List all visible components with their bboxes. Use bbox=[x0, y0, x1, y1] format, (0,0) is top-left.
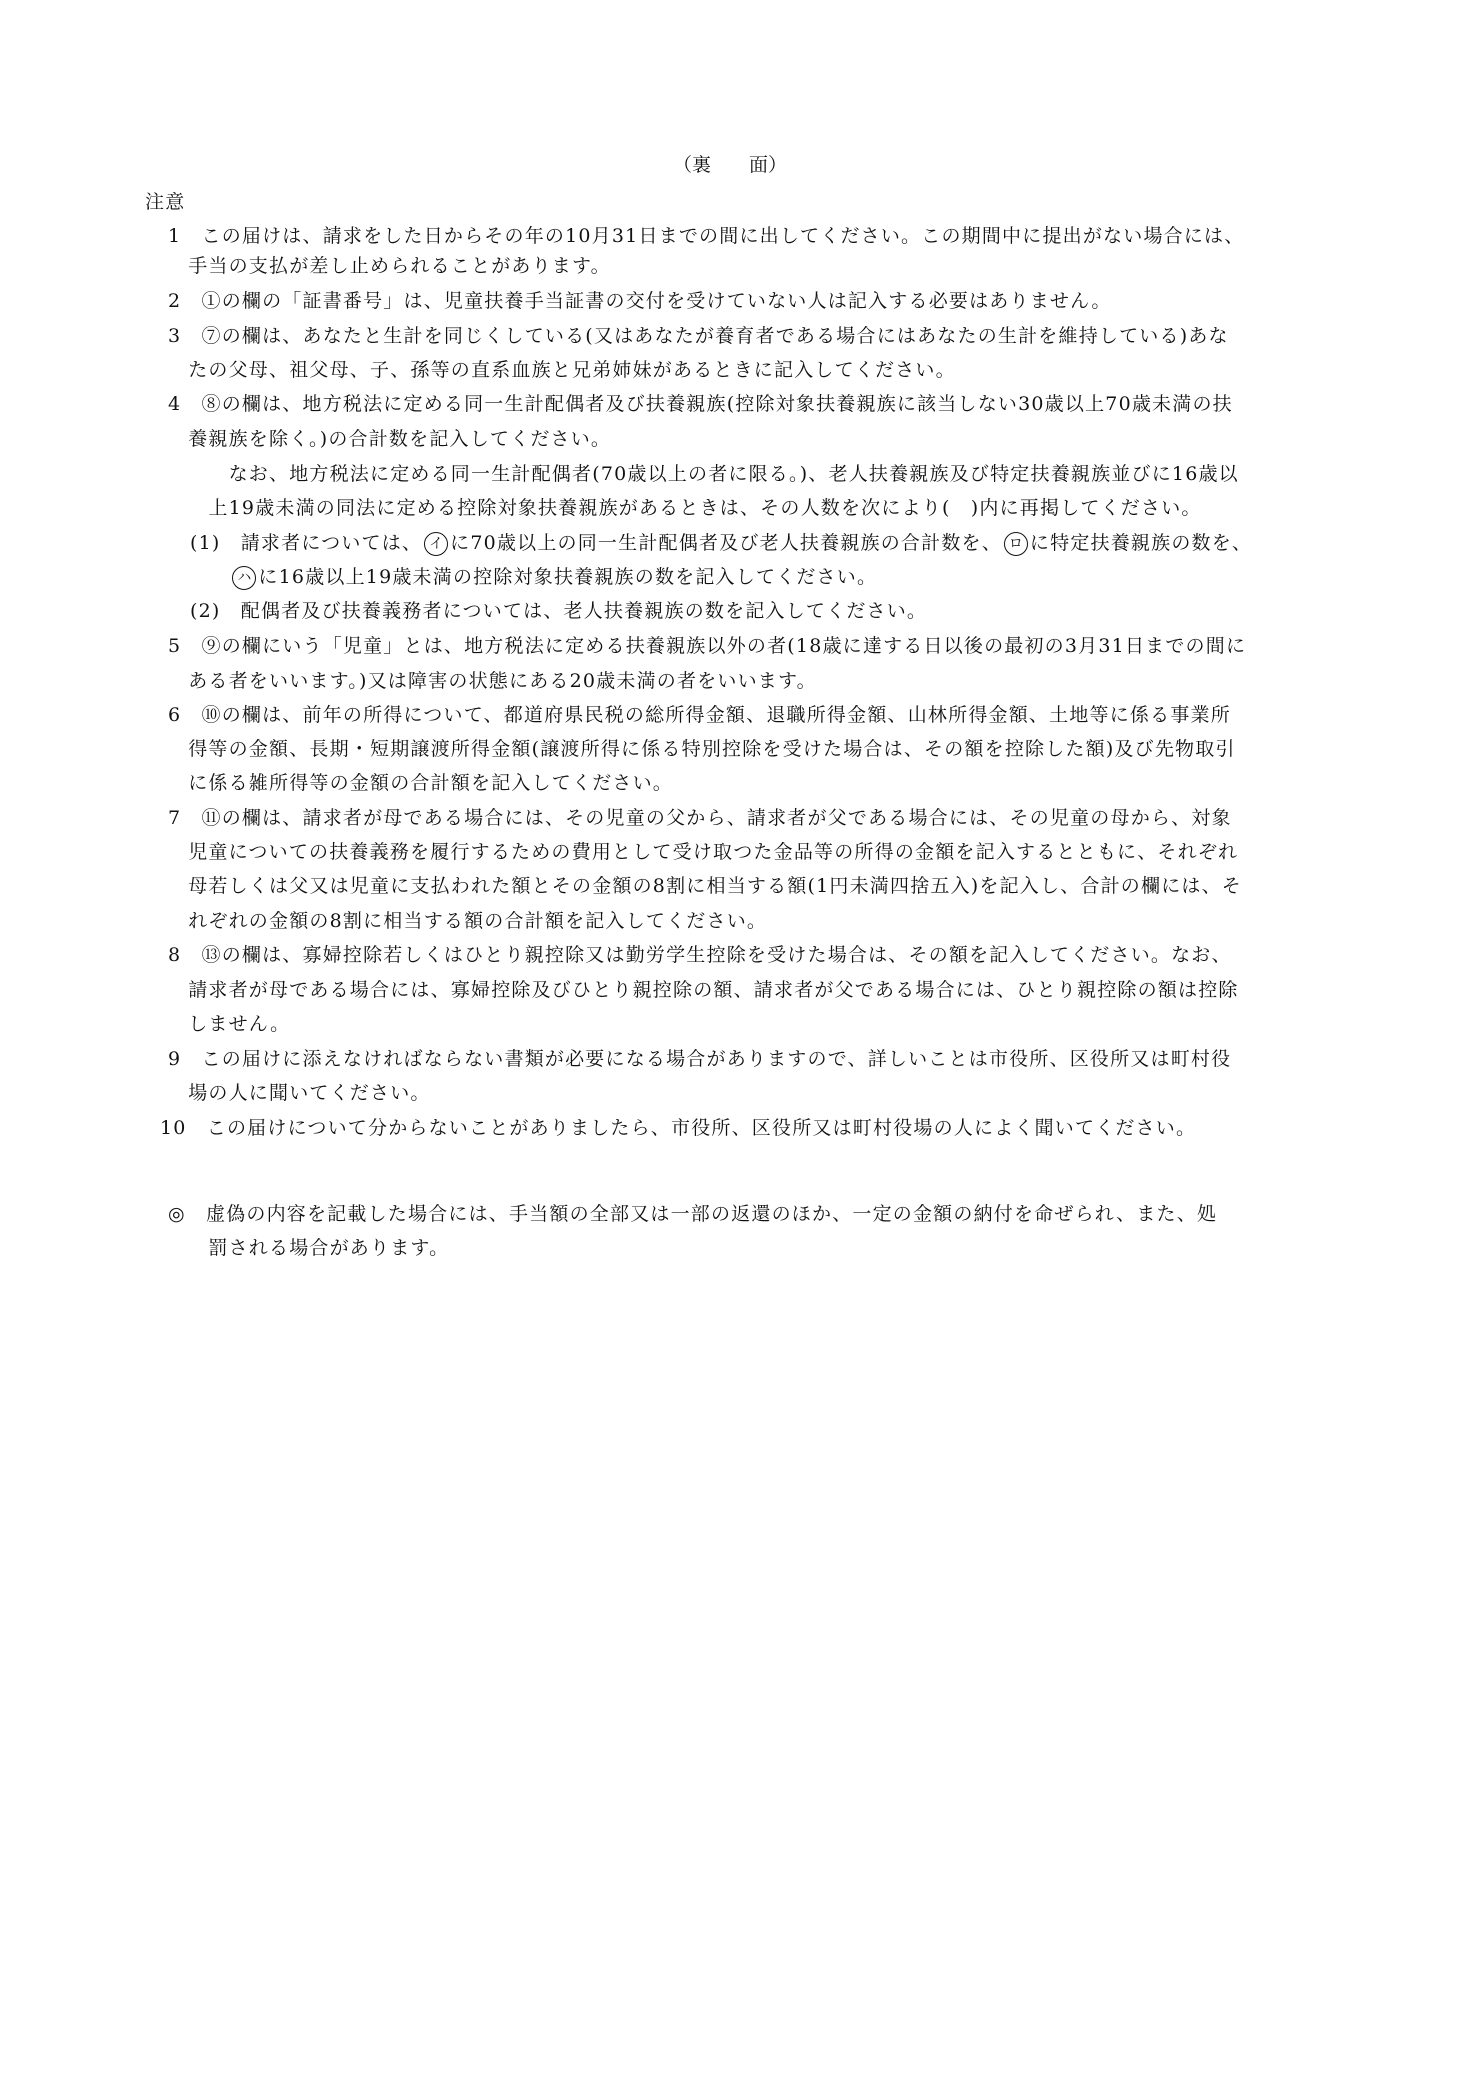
circled-ha-marker: ハ bbox=[232, 566, 256, 590]
note-3-line-2: たの父母、祖父母、子、孫等の直系血族と兄弟姉妹があるときに記入してください。 bbox=[168, 357, 956, 383]
notes-heading: 注意 bbox=[145, 189, 185, 215]
note-9-line-1: 9 この届けに添えなければならない書類が必要になる場合がありますので、詳しいこと… bbox=[168, 1046, 1231, 1072]
text-segment: に特定扶養親族の数を、 bbox=[1030, 532, 1252, 554]
note-7-line-1: 7 ⑪の欄は、請求者が母である場合には、その児童の父から、請求者が父である場合に… bbox=[168, 805, 1232, 831]
note-6-line-2: 得等の金額、長期・短期譲渡所得金額(譲渡所得に係る特別控除を受けた場合は、その額… bbox=[168, 736, 1236, 762]
note-1-line-1: 1 この届けは、請求をした日からその年の10月31日までの間に出してください。こ… bbox=[168, 223, 1244, 249]
warning-line-1: ◎ 虚偽の内容を記載した場合には、手当額の全部又は一部の返還のほか、一定の金額の… bbox=[168, 1201, 1217, 1227]
warning-line-2: 罰される場合があります。 bbox=[168, 1235, 449, 1261]
note-7-line-2: 児童についての扶養義務を履行するための費用として受け取つた金品等の所得の金額を記… bbox=[168, 839, 1238, 865]
document-page: （裏 面） 注意 1 この届けは、請求をした日からその年の10月31日までの間に… bbox=[0, 0, 1459, 2091]
note-6-line-3: に係る雑所得等の金額の合計額を記入してください。 bbox=[168, 770, 673, 796]
note-9-line-2: 場の人に聞いてください。 bbox=[168, 1080, 431, 1106]
text-segment bbox=[190, 566, 230, 588]
text-segment: (1) 請求者については、 bbox=[190, 532, 422, 554]
note-4-line-4: 上19歳未満の同法に定める控除対象扶養親族があるときは、その人数を次により( )… bbox=[168, 495, 1202, 521]
note-5-line-2: ある者をいいます。)又は障害の状態にある20歳未満の者をいいます。 bbox=[168, 668, 817, 694]
note-4-sub-2-line-1: (2) 配偶者及び扶養義務者については、老人扶養親族の数を記入してください。 bbox=[190, 598, 927, 624]
note-6-line-1: 6 ⑩の欄は、前年の所得について、都道府県民税の総所得金額、退職所得金額、山林所… bbox=[168, 702, 1231, 728]
note-2-line-1: 2 ①の欄の「証書番号」は、児童扶養手当証書の交付を受けていない人は記入する必要… bbox=[168, 288, 1112, 314]
note-5-line-1: 5 ⑨の欄にいう「児童」とは、地方税法に定める扶養親族以外の者(18歳に達する日… bbox=[168, 633, 1246, 659]
note-3-line-1: 3 ⑦の欄は、あなたと生計を同じくしている(又はあなたが養育者である場合にはあな… bbox=[168, 323, 1229, 349]
circled-ro-marker: ロ bbox=[1004, 532, 1028, 556]
note-4-sub-1-line-1: (1) 請求者については、イに70歳以上の同一生計配偶者及び老人扶養親族の合計数… bbox=[190, 530, 1252, 556]
note-7-line-4: れぞれの金額の8割に相当する額の合計額を記入してください。 bbox=[168, 908, 767, 934]
note-1-line-2: 手当の支払が差し止められることがあります。 bbox=[168, 253, 611, 279]
text-segment: に70歳以上の同一生計配偶者及び老人扶養親族の合計数を、 bbox=[450, 532, 1002, 554]
note-8-line-2: 請求者が母である場合には、寡婦控除及びひとり親控除の額、請求者が父である場合には… bbox=[168, 977, 1239, 1003]
note-4-sub-1-line-2: ハに16歳以上19歳未満の控除対象扶養親族の数を記入してください。 bbox=[190, 564, 877, 590]
note-4-line-3: なお、地方税法に定める同一生計配偶者(70歳以上の者に限る。)、老人扶養親族及び… bbox=[168, 461, 1239, 487]
side-label: （裏 面） bbox=[673, 152, 787, 178]
note-4-line-2: 養親族を除く。)の合計数を記入してください。 bbox=[168, 426, 611, 452]
text-segment: に16歳以上19歳未満の控除対象扶養親族の数を記入してください。 bbox=[258, 566, 877, 588]
note-8-line-1: 8 ⑬の欄は、寡婦控除若しくはひとり親控除又は勤労学生控除を受けた場合は、その額… bbox=[168, 942, 1232, 968]
note-4-line-1: 4 ⑧の欄は、地方税法に定める同一生計配偶者及び扶養親族(控除対象扶養親族に該当… bbox=[168, 391, 1233, 417]
note-8-line-3: しません。 bbox=[168, 1011, 290, 1037]
note-7-line-3: 母若しくは父又は児童に支払われた額とその金額の8割に相当する額(1円未満四捨五入… bbox=[168, 873, 1242, 899]
note-10-line-1: 10 この届けについて分からないことがありましたら、市役所、区役所又は町村役場の… bbox=[160, 1115, 1196, 1141]
circled-i-marker: イ bbox=[424, 532, 448, 556]
